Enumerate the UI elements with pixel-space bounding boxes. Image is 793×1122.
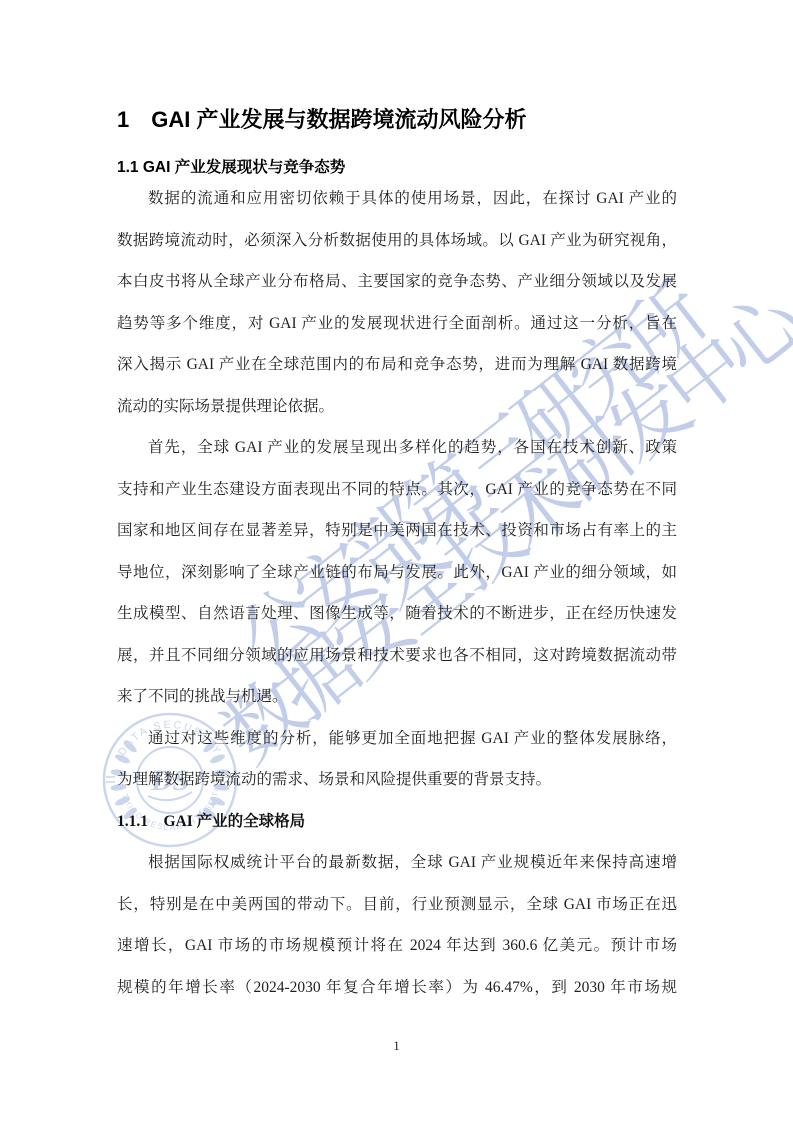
chapter-heading: 1 GAI 产业发展与数据跨境流动风险分析 — [117, 104, 717, 136]
section-heading: 1.1 GAI 产业发展现状与竞争态势 — [117, 156, 717, 180]
body-line: 根据国际权威统计平台的最新数据，全球 GAI 产业规模近年来保持高速增 — [117, 842, 677, 884]
body-line: 数据的流通和应用密切依赖于具体的使用场景，因此，在探讨 GAI 产业的 — [117, 178, 677, 220]
body-line: 趋势等多个维度，对 GAI 产业的发展现状进行全面剖析。通过这一分析，旨在 — [117, 303, 677, 345]
body-line: 为理解数据跨境流动的需求、场景和风险提供重要的背景支持。 — [117, 759, 677, 801]
body-line: 生成模型、自然语言处理、图像生成等，随着技术的不断进步，正在经历快速发 — [117, 593, 677, 635]
body-line: 导地位，深刻影响了全球产业链的布局与发展。此外，GAI 产业的细分领域，如 — [117, 552, 677, 594]
body-line: 国家和地区间存在显著差异，特别是中美两国在技术、投资和市场占有率上的主 — [117, 510, 677, 552]
subsection-heading: 1.1.1 GAI 产业的全球格局 — [117, 801, 677, 843]
document-page: 公安部第三研究所 数据安全技术研发中心 DATA SECURITY THE TH… — [0, 0, 793, 1122]
body-line: 通过对这些维度的分析，能够更加全面地把握 GAI 产业的整体发展脉络， — [117, 718, 677, 760]
body-line: 数据跨境流动时，必须深入分析数据使用的具体场域。以 GAI 产业为研究视角， — [117, 220, 677, 262]
body-line: 本白皮书将从全球产业分布格局、主要国家的竞争态势、产业细分领域以及发展 — [117, 261, 677, 303]
body-line: 速增长，GAI 市场的市场规模预计将在 2024 年达到 360.6 亿美元。预… — [117, 925, 677, 967]
body-line: 展，并且不同细分领域的应用场景和技术要求也各不相同，这对跨境数据流动带 — [117, 635, 677, 677]
body-line: 首先，全球 GAI 产业的发展呈现出多样化的趋势，各国在技术创新、政策 — [117, 427, 677, 469]
body-line: 流动的实际场景提供理论依据。 — [117, 386, 677, 428]
body-text: 数据的流通和应用密切依赖于具体的使用场景，因此，在探讨 GAI 产业的数据跨境流… — [117, 178, 677, 1008]
body-line: 长，特别是在中美两国的带动下。目前，行业预测显示，全球 GAI 市场正在迅 — [117, 884, 677, 926]
body-line: 规模的年增长率（2024-2030 年复合年增长率）为 46.47%，到 203… — [117, 967, 677, 1009]
body-line: 支持和产业生态建设方面表现出不同的特点。其次，GAI 产业的竞争态势在不同 — [117, 469, 677, 511]
body-line: 来了不同的挑战与机遇。 — [117, 676, 677, 718]
page-number: 1 — [0, 1038, 793, 1054]
body-line: 深入揭示 GAI 产业在全球范围内的布局和竞争态势，进而为理解 GAI 数据跨境 — [117, 344, 677, 386]
